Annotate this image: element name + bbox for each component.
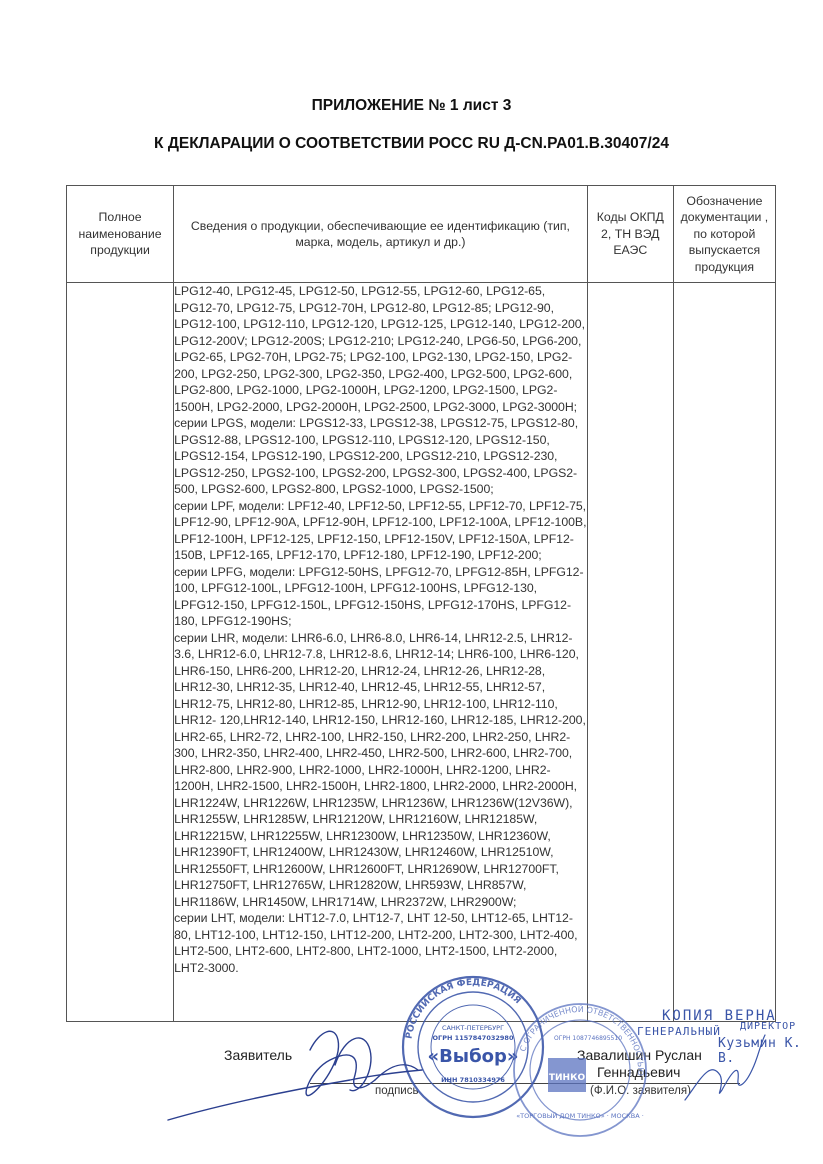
series-lpfg: серии LPFG, модели: LPFG12-50HS, LPFG12-… [174, 564, 587, 630]
series-lht: серии LHT, модели: LHT12-7.0, LHT12-7, L… [174, 910, 587, 976]
column-header-documentation: Обозначение документации , по которой вы… [673, 186, 775, 283]
series-lhr: серии LHR, модели: LHR6-6.0, LHR6-8.0, L… [174, 630, 587, 911]
cell-documentation [673, 283, 775, 1022]
column-header-product-name: Полное наименование продукции [67, 186, 174, 283]
svg-text:ОГРН 1087746895510: ОГРН 1087746895510 [554, 1035, 622, 1042]
column-header-identification: Сведения о продукции, обеспечивающие ее … [174, 186, 588, 283]
applicant-signature [160, 1020, 430, 1130]
column-header-codes: Коды ОКПД 2, ТН ВЭД ЕАЭС [587, 186, 673, 283]
table-row: LPG12-40, LPG12-45, LPG12-50, LPG12-55, … [67, 283, 776, 1022]
series-lpf: серии LPF, модели: LPF12-40, LPF12-50, L… [174, 498, 587, 564]
cell-models: LPG12-40, LPG12-45, LPG12-50, LPG12-55, … [174, 283, 588, 1022]
svg-text:«Выбор»: «Выбор» [427, 1046, 518, 1067]
svg-text:«ТОРГОВЫЙ ДОМ ТИНКО» · МОСКВА: «ТОРГОВЫЙ ДОМ ТИНКО» · МОСКВА · [516, 1111, 644, 1120]
svg-text:ТИНКО: ТИНКО [549, 1073, 586, 1083]
director-signature [680, 1030, 770, 1110]
products-table: Полное наименование продукции Сведения о… [66, 185, 776, 1022]
cell-codes [587, 283, 673, 1022]
series-lpgs: серии LPGS, модели: LPGS12-33, LPGS12-38… [174, 415, 587, 498]
series-lpg: LPG12-40, LPG12-45, LPG12-50, LPG12-55, … [174, 283, 587, 415]
svg-text:ИНН 7810334976: ИНН 7810334976 [441, 1076, 505, 1084]
declaration-title: К ДЕКЛАРАЦИИ О СООТВЕТСТВИИ РОСС RU Д-CN… [0, 135, 823, 153]
svg-text:ОГРН 1157847032980: ОГРН 1157847032980 [433, 1034, 514, 1042]
cell-product-name [67, 283, 174, 1022]
svg-text:САНКТ-ПЕТЕРБУРГ: САНКТ-ПЕТЕРБУРГ [442, 1024, 504, 1032]
company-seal-tinko: С ОГРАНИЧЕННОЙ ОТВЕТСТВЕННОСТЬЮ ОГРН 108… [510, 1000, 650, 1140]
table-header-row: Полное наименование продукции Сведения о… [67, 186, 776, 283]
appendix-title: ПРИЛОЖЕНИЕ № 1 лист 3 [0, 97, 823, 115]
